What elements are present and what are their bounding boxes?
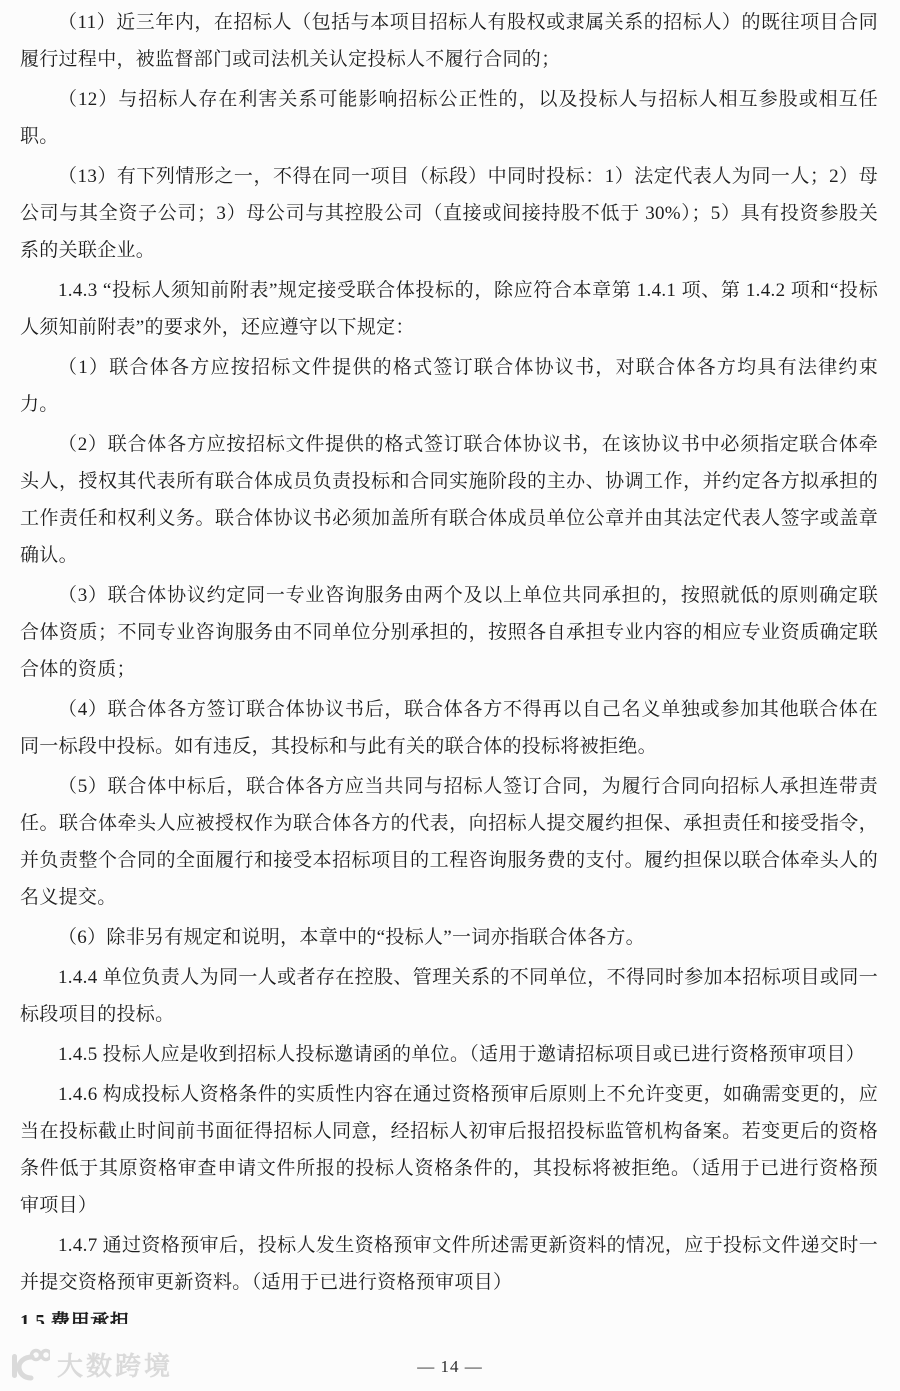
paragraph: （5）联合体中标后，联合体各方应当共同与招标人签订合同，为履行合同向招标人承担连… xyxy=(20,768,878,916)
document-page: { "page": { "background_color": "#fcfcfc… xyxy=(0,0,900,1391)
paragraph: （6）除非另有规定和说明，本章中的“投标人”一词亦指联合体各方。 xyxy=(20,919,878,956)
paragraph: （13）有下列情形之一，不得在同一项目（标段）中同时投标：1）法定代表人为同一人… xyxy=(20,158,878,269)
paragraph: 1.4.3 “投标人须知前附表”规定接受联合体投标的，除应符合本章第 1.4.1… xyxy=(20,272,878,346)
paragraph: （3）联合体协议约定同一专业咨询服务由两个及以上单位共同承担的，按照就低的原则确… xyxy=(20,577,878,688)
paragraph: 1.4.5 投标人应是收到招标人投标邀请函的单位。（适用于邀请招标项目或已进行资… xyxy=(20,1036,878,1073)
paragraph: 1.4.4 单位负责人为同一人或者存在控股、管理关系的不同单位，不得同时参加本招… xyxy=(20,959,878,1033)
paragraph: （2）联合体各方应按招标文件提供的格式签订联合体协议书，在该协议书中必须指定联合… xyxy=(20,426,878,574)
document-body: （11）近三年内，在招标人（包括与本项目招标人有股权或隶属关系的招标人）的既往项… xyxy=(0,0,900,1324)
paragraph: （4）联合体各方签订联合体协议书后，联合体各方不得再以自己名义单独或参加其他联合… xyxy=(20,691,878,765)
paragraph: （11）近三年内，在招标人（包括与本项目招标人有股权或隶属关系的招标人）的既往项… xyxy=(20,4,878,78)
page-number: — 14 — xyxy=(0,1357,900,1377)
paragraph: （1）联合体各方应按招标文件提供的格式签订联合体协议书，对联合体各方均具有法律约… xyxy=(20,349,878,423)
section-heading: 1.5 费用承担 xyxy=(20,1304,878,1324)
paragraph: 1.4.6 构成投标人资格条件的实质性内容在通过资格预审后原则上不允许变更，如确… xyxy=(20,1076,878,1224)
paragraph: 1.4.7 通过资格预审后，投标人发生资格预审文件所述需更新资料的情况，应于投标… xyxy=(20,1227,878,1301)
paragraph: （12）与招标人存在利害关系可能影响招标公正性的，以及投标人与招标人相互参股或相… xyxy=(20,81,878,155)
